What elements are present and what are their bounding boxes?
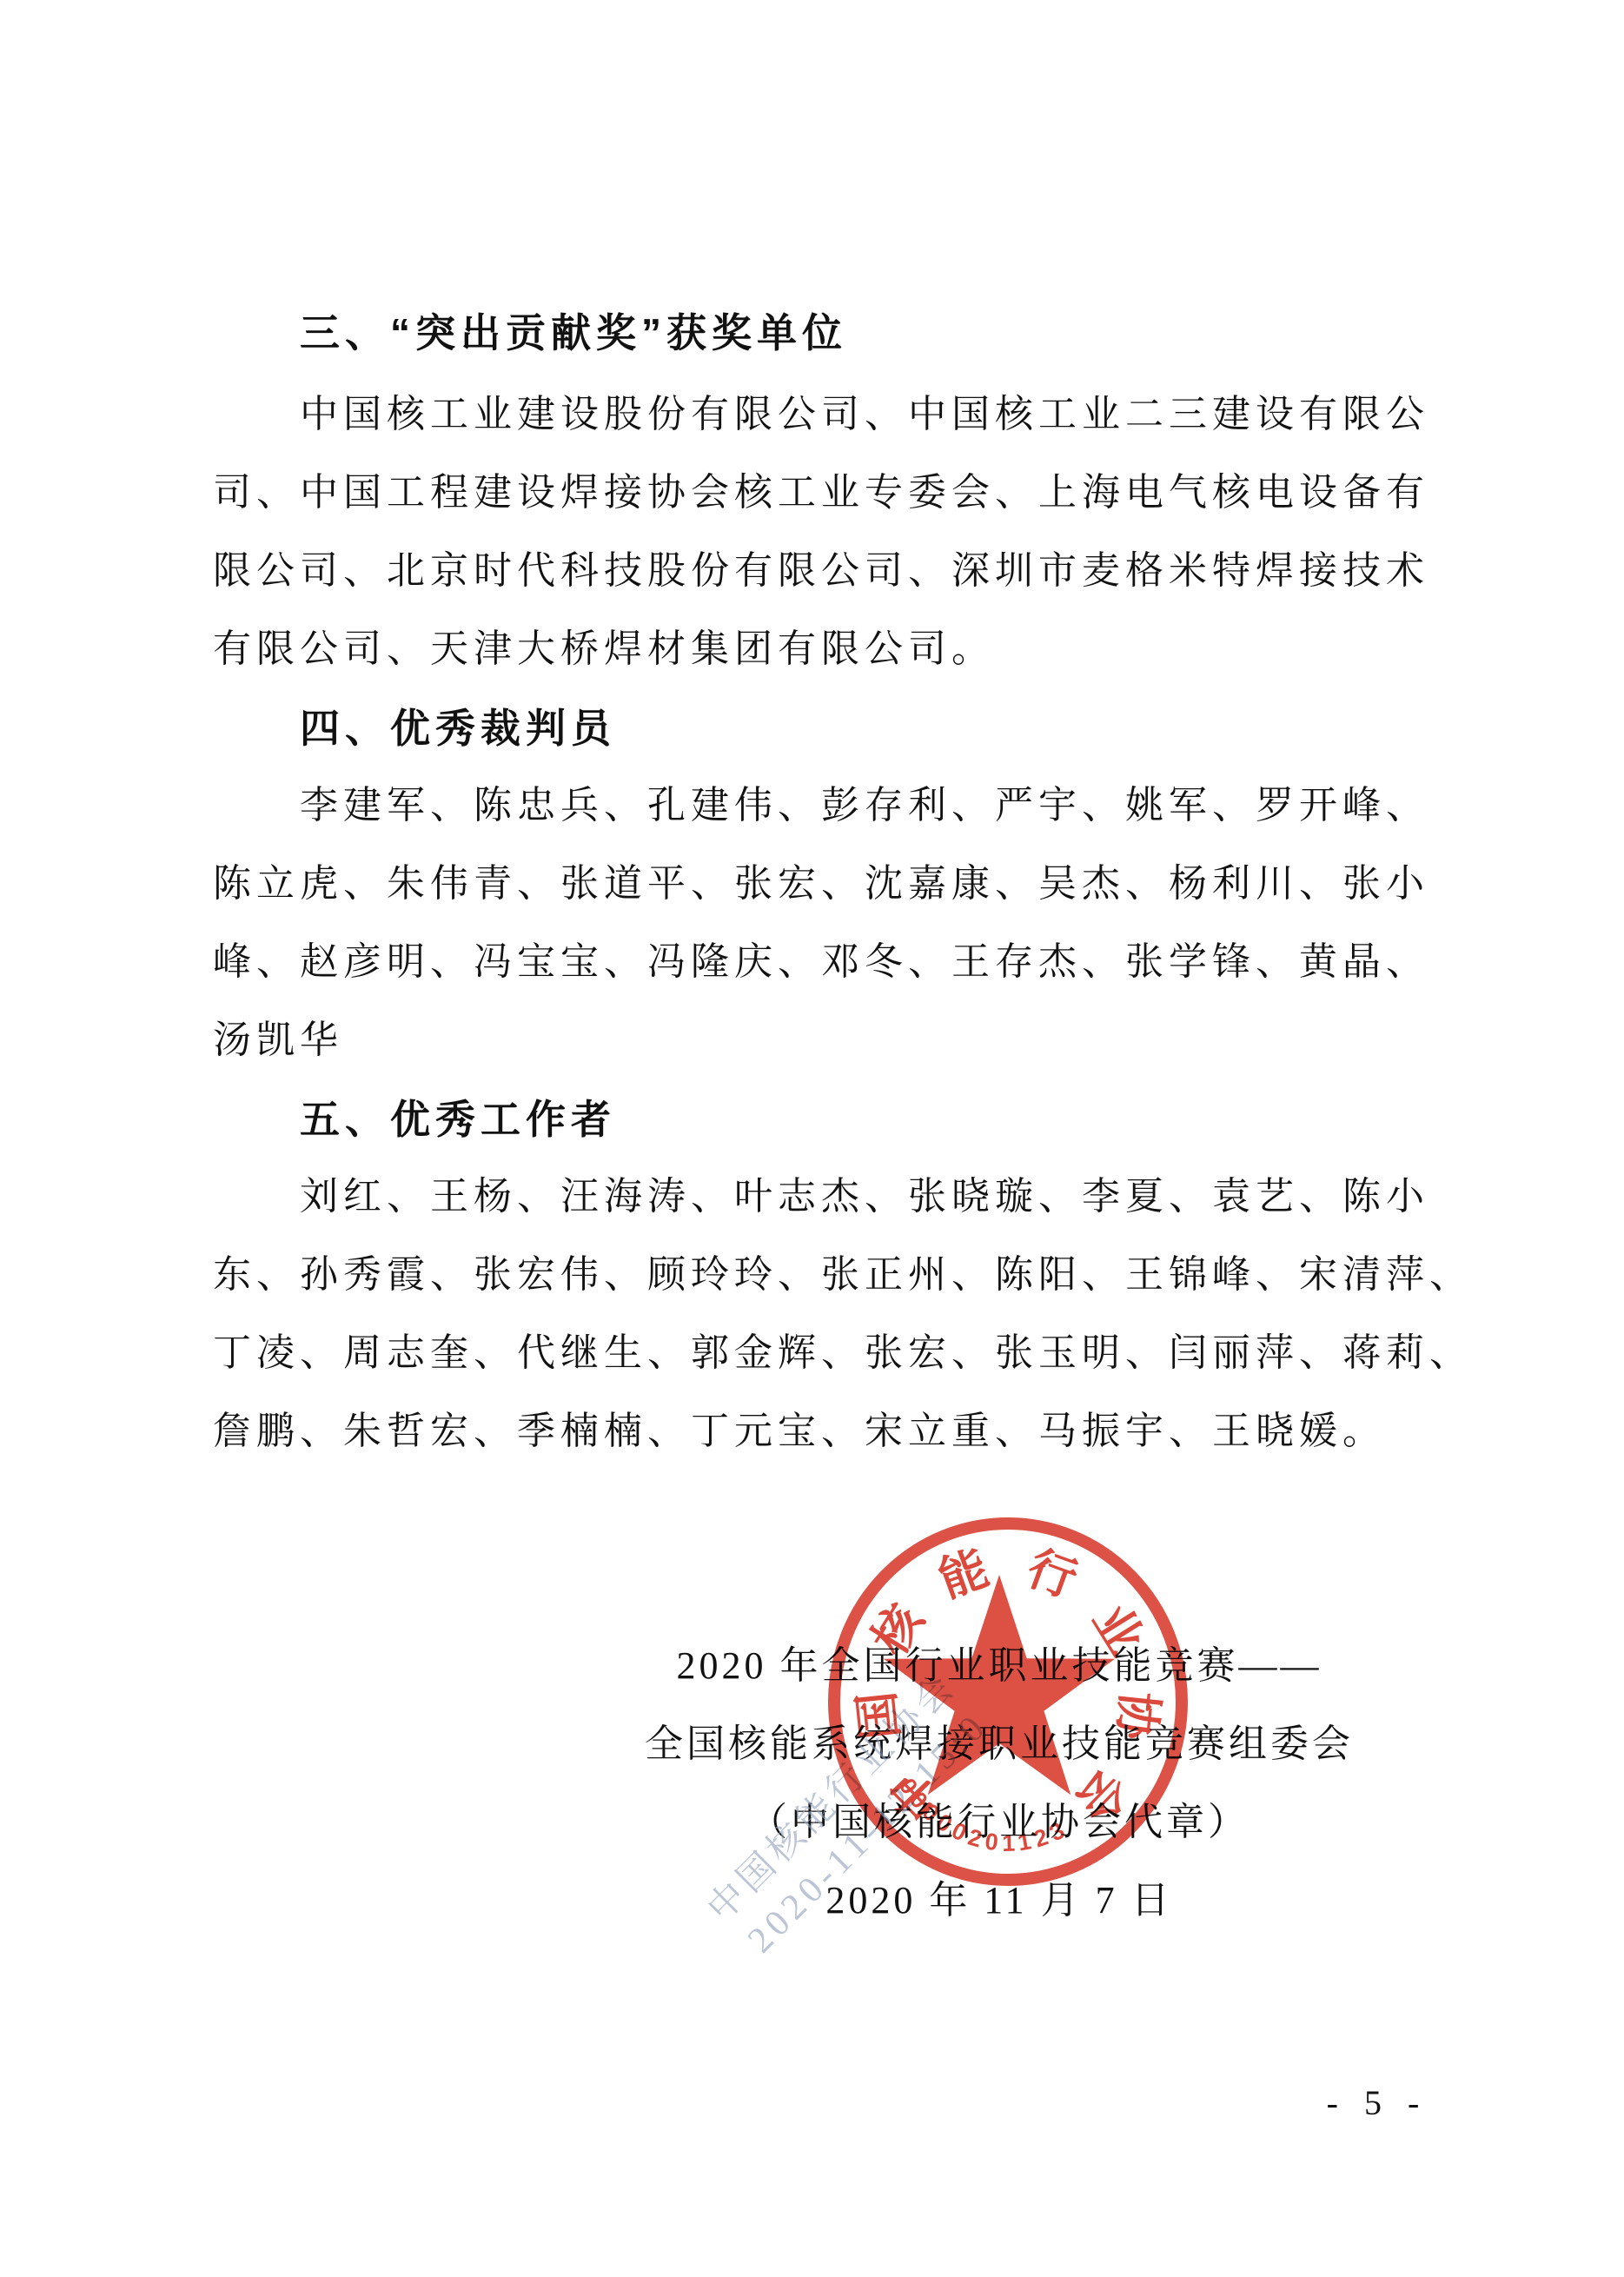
paragraph-line: 峰、赵彦明、冯宝宝、冯隆庆、邓冬、王存杰、张学锋、黄晶、 <box>213 923 1425 1001</box>
seal-ring-char: 行 <box>1021 1540 1084 1607</box>
paragraph-award-units: 中国核工业建设股份有限公司、中国核工业二三建设有限公 司、中国工程建设焊接协会核… <box>213 375 1425 688</box>
paragraph-line: 陈立虎、朱伟青、张道平、张宏、沈嘉康、吴杰、杨利川、张小 <box>213 845 1425 923</box>
paragraph-line: 限公司、北京时代科技股份有限公司、深圳市麦格米特焊接技术 <box>213 532 1425 610</box>
paragraph-line: 司、中国工程建设焊接协会核工业专委会、上海电气核电设备有 <box>213 454 1425 532</box>
signature-line: 2020 年 11 月 7 日 <box>608 1862 1390 1940</box>
paragraph-line: 詹鹏、朱哲宏、季楠楠、丁元宝、宋立重、马振宇、王晓媛。 <box>213 1392 1425 1470</box>
paragraph-line: 有限公司、天津大桥焊材集团有限公司。 <box>213 610 1425 688</box>
page-number: - 5 - <box>1303 2079 1451 2128</box>
paragraph-line: 李建军、陈忠兵、孔建伟、彭存利、严宇、姚军、罗开峰、 <box>213 767 1425 845</box>
signature-line: 2020 年全国行业职业技能竞赛—— <box>608 1627 1390 1705</box>
paragraph-line: 丁凌、周志奎、代继生、郭金辉、张宏、张玉明、闫丽萍、蒋莉、 <box>213 1314 1425 1392</box>
section-heading-outstanding-contribution-award: 三、“突出贡献奖”获奖单位 <box>300 294 1429 372</box>
paragraph-worker-names: 刘红、王杨、汪海涛、叶志杰、张晓璇、李夏、袁艺、陈小 东、孙秀霞、张宏伟、顾玲玲… <box>213 1158 1425 1470</box>
paragraph-line: 中国核工业建设股份有限公司、中国核工业二三建设有限公 <box>213 375 1425 454</box>
paragraph-referee-names: 李建军、陈忠兵、孔建伟、彭存利、严宇、姚军、罗开峰、 陈立虎、朱伟青、张道平、张… <box>213 767 1425 1079</box>
paragraph-line: 刘红、王杨、汪海涛、叶志杰、张晓璇、李夏、袁艺、陈小 <box>213 1158 1425 1236</box>
seal-ring-char: 能 <box>932 1540 996 1607</box>
section-heading-excellent-referees: 四、优秀裁判员 <box>300 689 1429 767</box>
paragraph-line: 汤凯华 <box>213 1001 1425 1079</box>
signature-line: （中国核能行业协会代章） <box>608 1783 1390 1862</box>
signature-block: 2020 年全国行业职业技能竞赛—— 全国核能系统焊接职业技能竞赛组委会 （中国… <box>608 1627 1390 1940</box>
section-heading-excellent-workers: 五、优秀工作者 <box>300 1080 1429 1158</box>
signature-line: 全国核能系统焊接职业技能竞赛组委会 <box>608 1705 1390 1783</box>
document-page: 三、“突出贡献奖”获奖单位 中国核工业建设股份有限公司、中国核工业二三建设有限公… <box>0 0 1624 2277</box>
paragraph-line: 东、孙秀霞、张宏伟、顾玲玲、张正州、陈阳、王锦峰、宋清萍、 <box>213 1236 1425 1314</box>
